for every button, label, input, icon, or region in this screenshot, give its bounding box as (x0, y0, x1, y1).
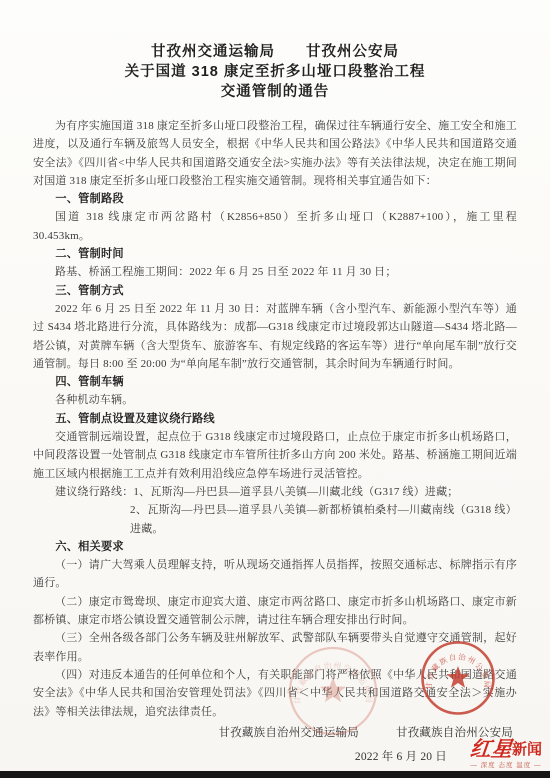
section-2-content: 路基、桥涵工程施工期间：2022 年 6 月 25 日至 2022 年 11 月… (33, 263, 517, 281)
requirement-item-4: （四）对违反本通告的任何单位和个人，有关职能部门将严格依照《中华人民共和国道路交… (33, 666, 517, 721)
signature-org-transport: 甘孜藏族自治州交通运输局 (219, 727, 359, 739)
section-4-content: 各种机动车辆。 (33, 391, 517, 409)
title-doctype: 交通管制的通告 (0, 82, 550, 102)
redstar-news-wordmark: 红星新闻 (467, 739, 545, 760)
signature-block: 甘孜藏族自治州交通运输局 甘孜藏族自治州公安局 2022 年 6 月 20 日 (33, 724, 517, 766)
section-5-content: 交通管制远端设置，起点位于 G318 线康定市过境段路口，止点位于康定市折多山机… (33, 428, 517, 483)
document-title: 甘孜州交通运输局 甘孜州公安局 关于国道 318 康定至折多山垭口段整治工程 交… (0, 0, 550, 102)
detour-route-1: 建议绕行路线：1、瓦斯沟—丹巴县—道孚县八美镇—川藏北线（G317 线）进藏； (33, 483, 517, 501)
section-heading-1: 一、管制路段 (33, 190, 517, 208)
title-issuers: 甘孜州交通运输局 甘孜州公安局 (0, 42, 550, 62)
requirement-item-2: （二）康定市鸳鸯坝、康定市迎宾大道、康定市两岔路口、康定市折多山机场路口、康定市… (33, 593, 517, 630)
brand-bold-text: 新闻 (512, 741, 542, 758)
section-heading-5: 五、管制点设置及建议绕行路线 (33, 410, 517, 428)
redstar-news-logo: 红星新闻 — 深度 态度 温度 — (467, 739, 545, 770)
notice-photo-page: 甘孜州交通运输局 甘孜州公安局 关于国道 318 康定至折多山垭口段整治工程 交… (0, 0, 550, 778)
section-heading-3: 三、管制方式 (33, 282, 517, 300)
section-1-content: 国道 318 线康定市两岔路村（K2856+850）至折多山垭口（K2887+1… (33, 208, 517, 245)
intro-paragraph: 为有序实施国道 318 康定至折多山垭口段整治工程，确保过往车辆通行安全、施工安… (33, 117, 517, 190)
signature-date: 2022 年 6 月 20 日 (33, 748, 447, 766)
section-3-content: 2022 年 6 月 25 日至 2022 年 11 月 30 日：对蓝牌车辆（… (33, 300, 517, 373)
brand-script-text: 红星 (469, 739, 513, 760)
requirement-item-1: （一）请广大驾乘人员理解支持，听从现场交通指挥人员指挥，按照交通标志、标牌指示有… (33, 556, 517, 593)
requirement-item-3: （三）全州各级各部门公务车辆及驻州解放军、武警部队车辆要带头自觉遵守交通管制，起… (33, 629, 517, 666)
document-body: 为有序实施国道 318 康定至折多山垭口段整治工程，确保过往车辆通行安全、施工安… (33, 117, 517, 766)
section-heading-4: 四、管制车辆 (33, 373, 517, 391)
title-subject: 关于国道 318 康定至折多山垭口段整治工程 (0, 62, 550, 82)
section-heading-2: 二、管制时间 (33, 245, 517, 263)
bottom-black-bar (0, 771, 550, 778)
section-heading-6: 六、相关要求 (33, 538, 517, 556)
signature-orgs: 甘孜藏族自治州交通运输局 甘孜藏族自治州公安局 (33, 724, 513, 742)
brand-tagline: — 深度 态度 温度 — (467, 763, 545, 770)
detour-route-2: 2、瓦斯沟—丹巴县—道孚县八美镇—新都桥镇柏桑村—川藏南线（G318 线）进藏。 (33, 501, 517, 538)
